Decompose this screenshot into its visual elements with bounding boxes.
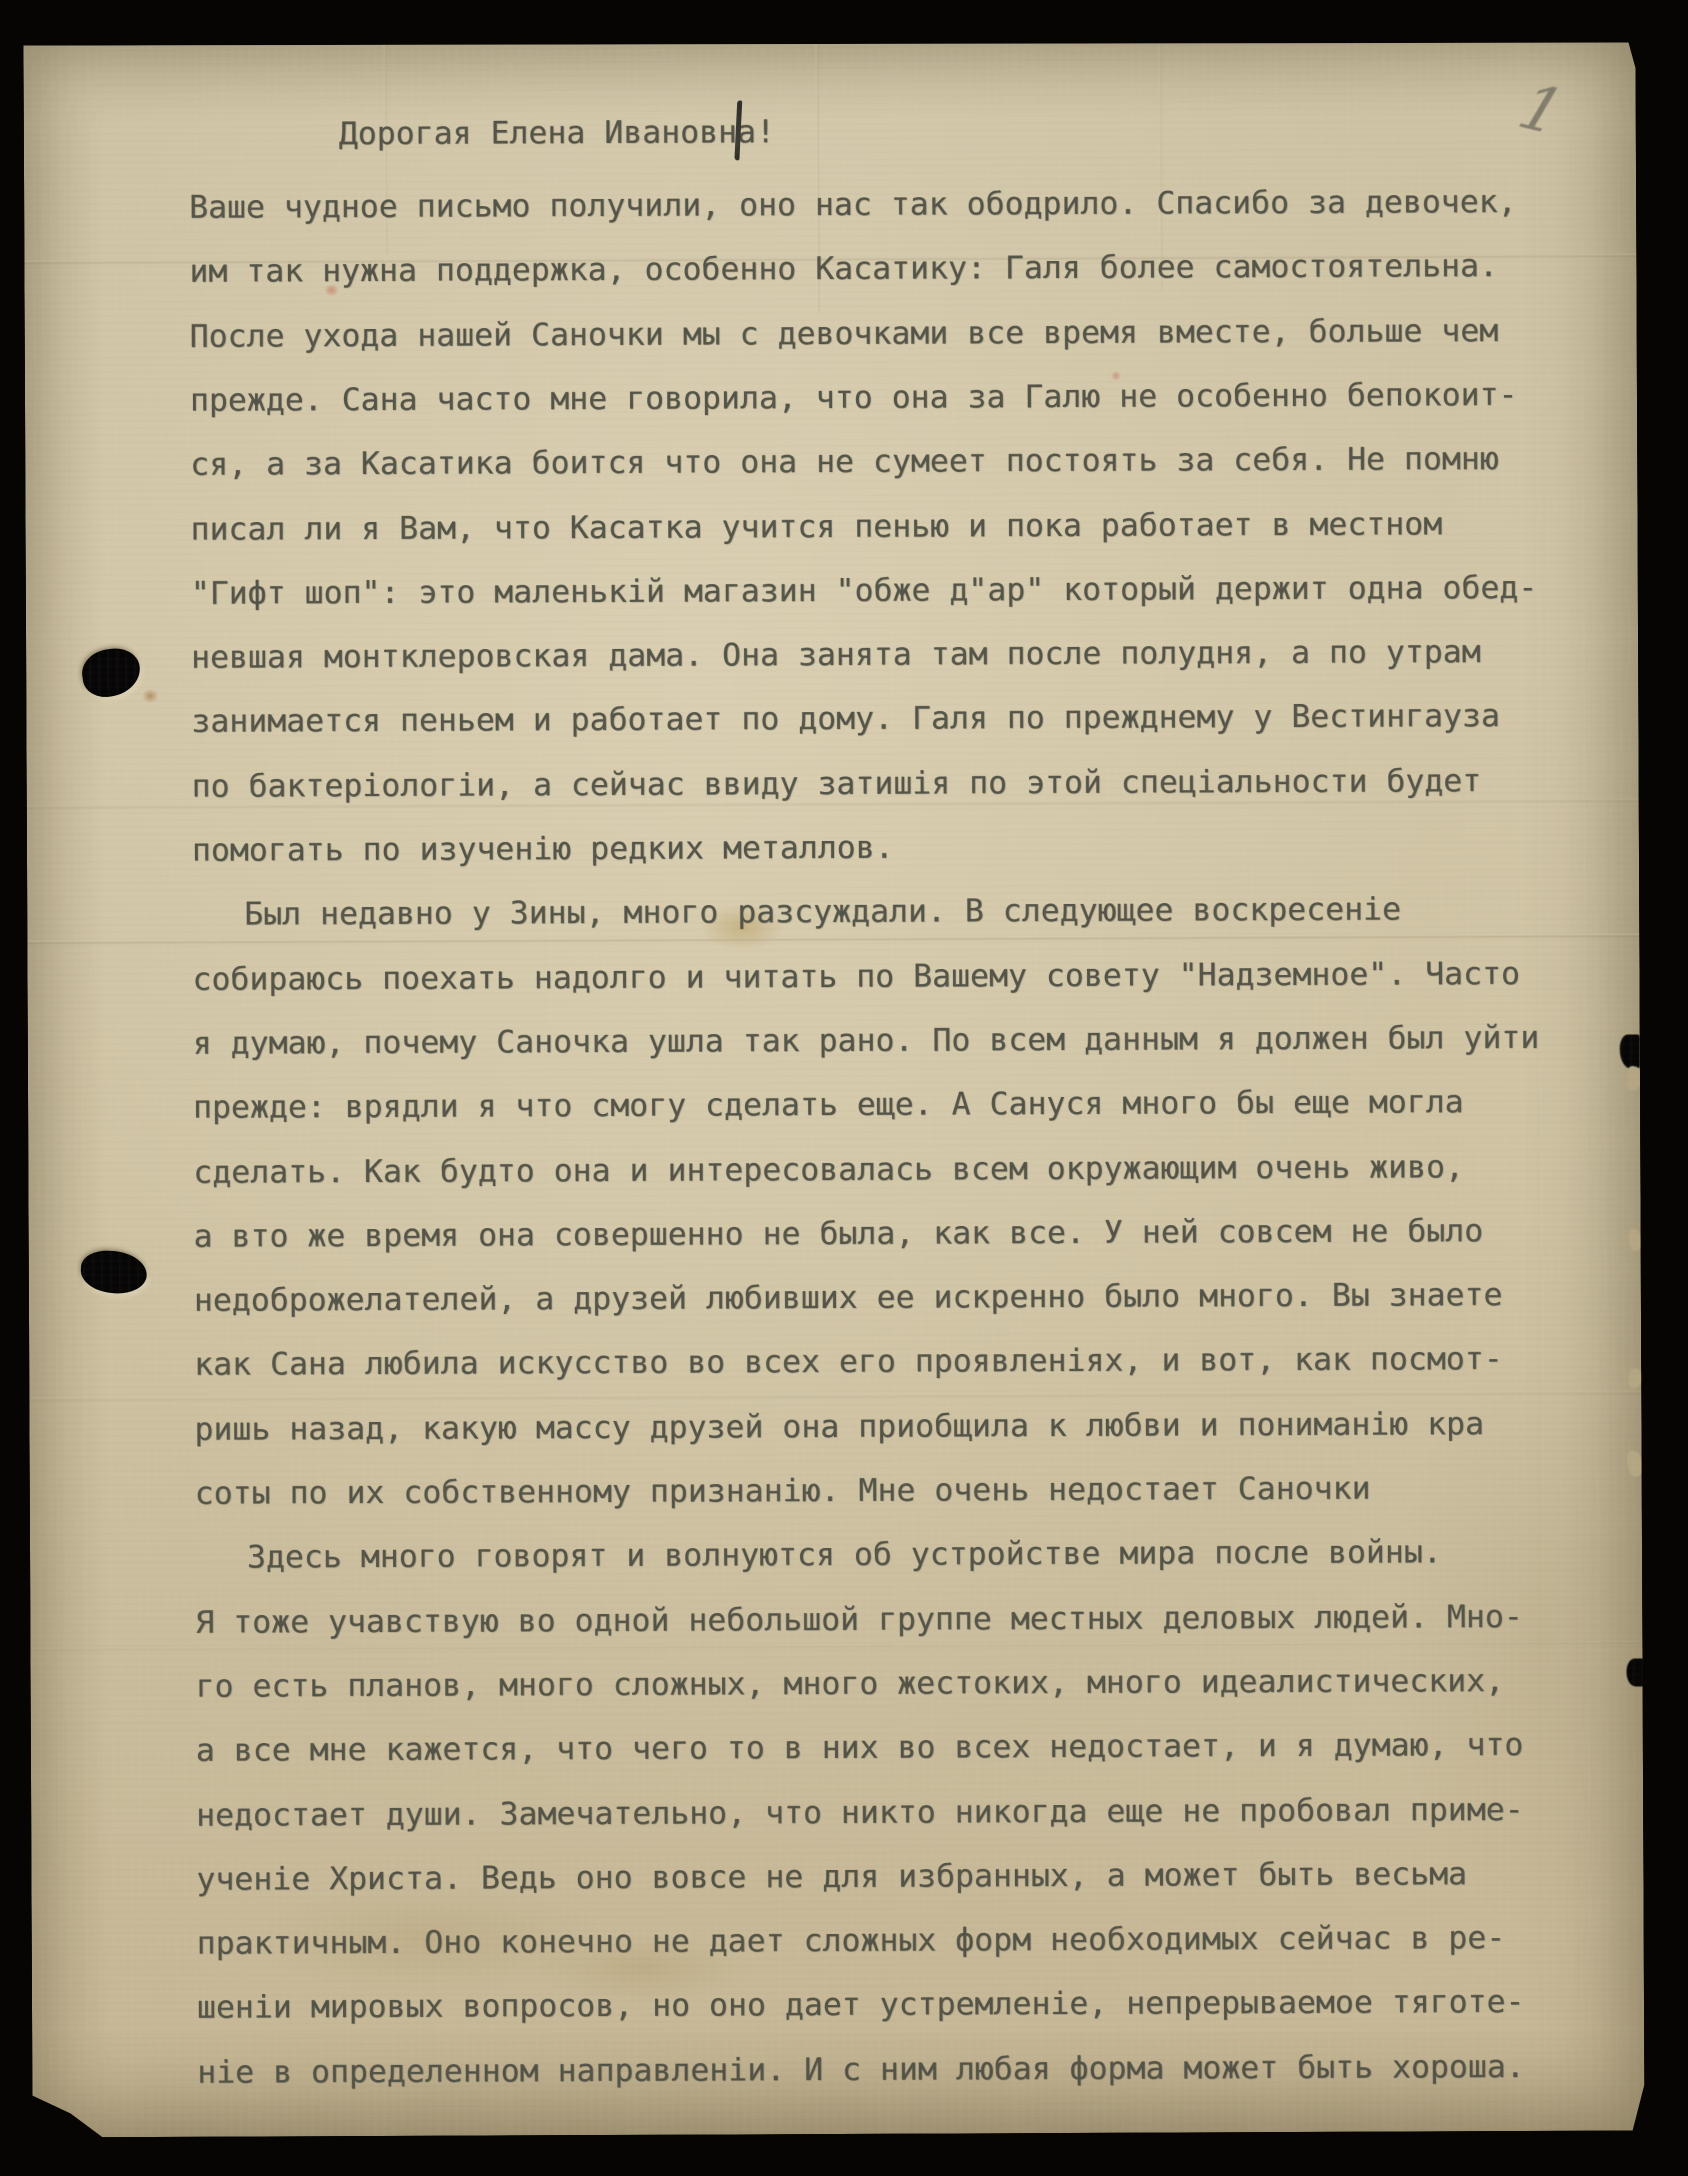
letter-page: Дорогая Елена Ивановна!Ваше чудное письм…: [23, 38, 1644, 2137]
letter-line: Здесь много говорят и волнуются об устро…: [247, 1535, 1442, 1576]
letter-line: После ухода нашей Саночки мы с девочками…: [190, 313, 1499, 355]
letter-line: занимается пеньем и работает по дому. Га…: [191, 698, 1500, 740]
letter-line: писал ли я Вам, что Касатка учится пенью…: [190, 506, 1442, 547]
letter-line: а вто же время она совершенно не была, к…: [194, 1213, 1484, 1255]
stain: [142, 689, 158, 703]
torn-edge-notch: [1626, 1658, 1644, 1686]
fold-crease: [27, 933, 1639, 944]
page-number: 1: [1510, 70, 1573, 148]
letter-line: прежде. Сана часто мне говорила, что она…: [190, 377, 1518, 419]
letter-line: недоброжелателей, а друзей любивших ее и…: [194, 1277, 1503, 1319]
letter-line: сделать. Как будто она и интересовалась …: [193, 1149, 1464, 1191]
letter-line: невшая монтклеровская дама. Она занята т…: [191, 634, 1481, 676]
letter-line: прежде: врядли я что смогу сделать еще. …: [193, 1084, 1464, 1126]
letter-line: я думаю, почему Саночка ушла так рано. П…: [193, 1020, 1540, 1062]
letter-line: им так нужна поддержка, особенно Касатик…: [189, 248, 1498, 290]
punch-hole: [79, 645, 143, 700]
letter-line: ученіе Христа. Ведь оно вовсе не для изб…: [196, 1856, 1467, 1898]
letter-line: ришь назад, какую массу друзей она приоб…: [194, 1406, 1484, 1448]
letter-line: как Сана любила искусство во всех его пр…: [194, 1341, 1503, 1383]
letter-line: собираюсь поехать надолго и читать по Ва…: [192, 956, 1520, 998]
letter-line: соты по их собственному признанію. Мне о…: [195, 1471, 1371, 1512]
letter-line: Я тоже учавствую во одной небольшой груп…: [195, 1599, 1523, 1641]
letter-line: помогать по изученію редких металлов.: [192, 830, 894, 869]
letter-line: го есть планов, много сложных, много жес…: [196, 1663, 1505, 1705]
torn-edge-tab: [1627, 1368, 1643, 1389]
letter-line: ніе в определенном направленіи. И с ним …: [197, 2049, 1525, 2091]
torn-edge-notch: [1620, 1034, 1640, 1068]
letter-line: а все мне кажется, что чего то в них во …: [196, 1727, 1524, 1769]
torn-edge-tab: [1624, 1065, 1645, 1092]
letter-line: ся, а за Касатика боится что она не суме…: [190, 441, 1499, 483]
letter-line: шеніи мировых вопросов, но оно дает устр…: [197, 1984, 1525, 2026]
letter-line: Ваше чудное письмо получили, оно нас так…: [189, 184, 1517, 226]
letter-line: Дорогая Елена Ивановна!: [339, 114, 775, 152]
fold-crease: [29, 1390, 1641, 1401]
punch-hole: [79, 1249, 148, 1295]
letter-line: Был недавно у Зины, много разсуждали. В …: [244, 892, 1401, 933]
letter-line: недостает души. Замечательно, что никто …: [196, 1791, 1524, 1833]
torn-edge-tab: [1627, 1228, 1643, 1252]
torn-edge-tab: [1625, 1449, 1644, 1477]
letter-line: по бактеріологіи, а сейчас ввиду затишія…: [192, 763, 1482, 805]
fold-crease: [30, 1640, 1642, 1651]
letter-line: практичным. Оно конечно не дает сложных …: [197, 1920, 1506, 1962]
letter-body: Дорогая Елена Ивановна!Ваше чудное письм…: [23, 38, 1635, 45]
letter-line: "Гифт шоп": это маленькій магазин "обже …: [191, 570, 1538, 612]
